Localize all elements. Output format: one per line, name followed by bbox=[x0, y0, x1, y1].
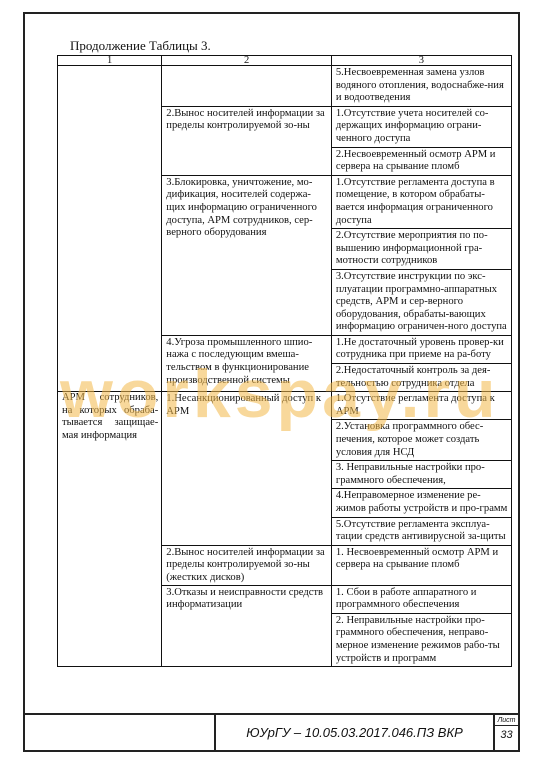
title-block: ЮУрГУ – 10.05.03.2017.046.ПЗ ВКР Лист 33 bbox=[23, 713, 520, 752]
threat-cell: 1.Несанкционированный доступ к АРМ bbox=[162, 392, 332, 546]
threat-cell: 4.Угроза промышленного шпио-нажа с после… bbox=[162, 335, 332, 391]
threat-cell: 2.Вынос носителей информации за пределы … bbox=[162, 106, 332, 175]
vulnerability-item: 5.Несвоевременная замена узлов водяного … bbox=[332, 66, 511, 106]
vulnerability-item: 2.Отсутствие мероприятия по по-вышению и… bbox=[332, 229, 511, 270]
table-row: АРМ сотрудников, на которых обраба-тывае… bbox=[58, 392, 512, 546]
vulnerability-item: 3.Отсутствие инструкции по экс-плуатации… bbox=[332, 270, 511, 335]
document-code: ЮУрГУ – 10.05.03.2017.046.ПЗ ВКР bbox=[216, 725, 493, 740]
vulnerability-cell: 1.Отсутствие учета носителей со-держащих… bbox=[331, 106, 511, 175]
vulnerability-item: 1. Несвоевременный осмотр АРМ и сервера … bbox=[332, 546, 511, 573]
threat-cell: 3.Отказы и неисправности средств информа… bbox=[162, 585, 332, 667]
column-header: 3 bbox=[331, 56, 511, 66]
table-row: 5.Несвоевременная замена узлов водяного … bbox=[58, 66, 512, 107]
table-caption: Продолжение Таблицы 3. bbox=[70, 38, 211, 54]
vulnerability-cell: 1.Отсутствие регламента доступа в помеще… bbox=[331, 175, 511, 335]
vulnerability-cell: 5.Несвоевременная замена узлов водяного … bbox=[331, 66, 511, 107]
sheet-number: 33 bbox=[495, 729, 518, 741]
threat-cell: 3.Блокировка, уничтожение, мо-дификация,… bbox=[162, 175, 332, 335]
vulnerability-item: 1.Отсутствие учета носителей со-держащих… bbox=[332, 107, 511, 148]
vulnerability-item: 2.Недостаточный контроль за дея-тельност… bbox=[332, 364, 511, 391]
vulnerability-item: 2. Неправильные настройки про-граммного … bbox=[332, 614, 511, 666]
table-header-row: 1 2 3 bbox=[58, 56, 512, 66]
vulnerability-item: 4.Неправомерное изменение ре-жимов работ… bbox=[332, 489, 511, 517]
vulnerability-cell: 1.Отсутствие регламента доступа к АРМ2.У… bbox=[331, 392, 511, 546]
vulnerability-item: 1. Сбои в работе аппаратного и программн… bbox=[332, 586, 511, 614]
column-header: 1 bbox=[58, 56, 162, 66]
vulnerability-cell: 1.Не достаточный уровень провер-ки сотру… bbox=[331, 335, 511, 391]
vulnerability-item: 2.Несвоевременный осмотр АРМ и сервера н… bbox=[332, 148, 511, 175]
threat-cell: 2.Вынос носителей информации за пределы … bbox=[162, 545, 332, 585]
vulnerability-item: 1.Не достаточный уровень провер-ки сотру… bbox=[332, 336, 511, 364]
sheet-label: Лист bbox=[495, 716, 518, 726]
object-cell: АРМ сотрудников, на которых обраба-тывае… bbox=[58, 392, 162, 667]
vulnerability-item: 2.Установка программного обес-печения, к… bbox=[332, 420, 511, 461]
column-header: 2 bbox=[162, 56, 332, 66]
vulnerability-item: 1.Отсутствие регламента доступа к АРМ bbox=[332, 392, 511, 420]
vulnerability-item: 1.Отсутствие регламента доступа в помеще… bbox=[332, 176, 511, 229]
vulnerability-item: 3. Неправильные настройки про-граммного … bbox=[332, 461, 511, 489]
threats-table: 1 2 3 5.Несвоевременная замена узлов вод… bbox=[57, 55, 512, 667]
vulnerability-cell: 1. Сбои в работе аппаратного и программн… bbox=[331, 585, 511, 667]
vulnerability-item: 5.Отсутствие регламента эксплуа-тации ср… bbox=[332, 518, 511, 545]
object-cell bbox=[58, 66, 162, 392]
threat-cell bbox=[162, 66, 332, 107]
vulnerability-cell: 1. Несвоевременный осмотр АРМ и сервера … bbox=[331, 545, 511, 585]
